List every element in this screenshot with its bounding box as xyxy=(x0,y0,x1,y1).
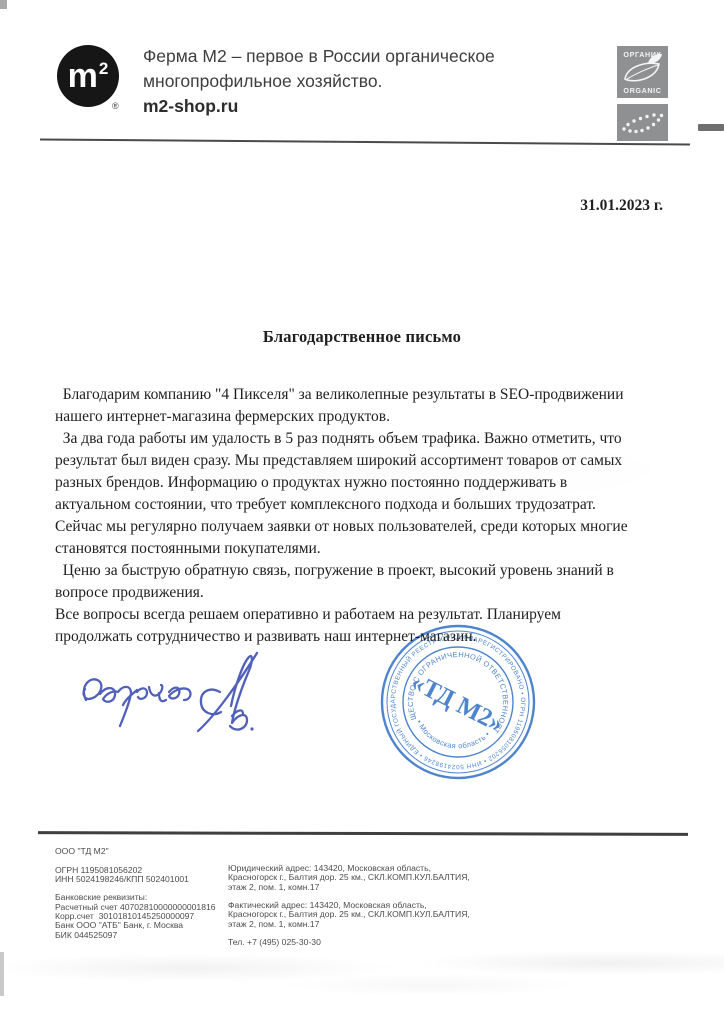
logo-superscript: 2 xyxy=(99,60,108,77)
badge-organic-text-en: ORGANIC xyxy=(623,86,661,95)
scan-artifact xyxy=(698,124,724,131)
body-line: нашего интернет-магазина фермерских прод… xyxy=(55,406,680,428)
letter-title: Благодарственное письмо xyxy=(0,327,724,347)
tagline-line-1: Ферма М2 – первое в России органическое xyxy=(143,44,563,69)
letter-date: 31.01.2023 г. xyxy=(580,197,663,215)
body-line: вопросе продвижения. xyxy=(55,582,680,604)
body-line: Сейчас мы регулярно получаем заявки от н… xyxy=(55,516,680,538)
scan-artifact xyxy=(0,0,7,9)
body-line: разных брендов. Информацию о продуктах н… xyxy=(55,472,680,494)
company-stamp: ЗАРЕГИСТРИРОВАНО • ОГРН 1195081056202 • … xyxy=(372,616,544,788)
signature-stroke xyxy=(169,688,191,700)
footer-line: ИНН 5024198246/КПП 502401001 xyxy=(55,875,216,884)
tagline-line-2: многопрофильное хозяйство. xyxy=(143,69,563,94)
body-line: становятся постоянными покупателями. xyxy=(55,538,680,560)
footer-line: этаж 2, пом. 1, комн.17 xyxy=(228,883,470,892)
company-tagline: Ферма М2 – первое в России органическое … xyxy=(143,44,563,119)
registered-trademark-symbol: ® xyxy=(112,101,119,111)
scan-artifact xyxy=(0,952,4,996)
footer-line: БИК 044525097 xyxy=(55,931,216,940)
organic-badge-icon: ОРГАНИК ORGANIC xyxy=(617,46,668,98)
letter-body: Благодарим компанию "4 Пикселя" за велик… xyxy=(55,384,680,648)
eu-organic-leaf-icon xyxy=(617,104,668,141)
signature-stroke xyxy=(84,679,102,700)
signature-stroke xyxy=(137,685,166,701)
logo-letter: m xyxy=(68,59,98,93)
body-line: актуальном состоянии, что требует компле… xyxy=(55,494,680,516)
signature-stroke xyxy=(100,687,137,726)
scanned-letter-page: m2 ® Ферма М2 – первое в России органиче… xyxy=(0,0,724,1024)
m2-logo: m2 xyxy=(57,45,119,107)
handwritten-signature xyxy=(70,628,280,746)
footer-company-details: ООО "ТД М2"ОГРН 1195081056202ИНН 5024198… xyxy=(55,847,216,940)
signature-flourish xyxy=(198,653,257,731)
body-line: Благодарим компанию "4 Пикселя" за велик… xyxy=(55,384,680,406)
website-url: m2-shop.ru xyxy=(143,94,563,119)
body-line: результат был виден сразу. Мы представля… xyxy=(55,450,680,472)
signature-dot xyxy=(250,727,253,730)
header-divider xyxy=(40,138,690,145)
footer-address-details: Юридический адрес: 143420, Московская об… xyxy=(228,864,470,948)
footer-line: этаж 2, пом. 1, комн.17 xyxy=(228,920,470,929)
body-line: Все вопросы всегда решаем оперативно и р… xyxy=(55,604,680,626)
footer-divider xyxy=(38,831,688,835)
footer-line: Тел. +7 (495) 025-30-30 xyxy=(228,938,470,947)
body-line: Ценю за быструю обратную связь, погружен… xyxy=(55,560,680,582)
footer-line: ООО "ТД М2" xyxy=(55,847,216,856)
body-line: За два года работы им удалость в 5 раз п… xyxy=(55,428,680,450)
